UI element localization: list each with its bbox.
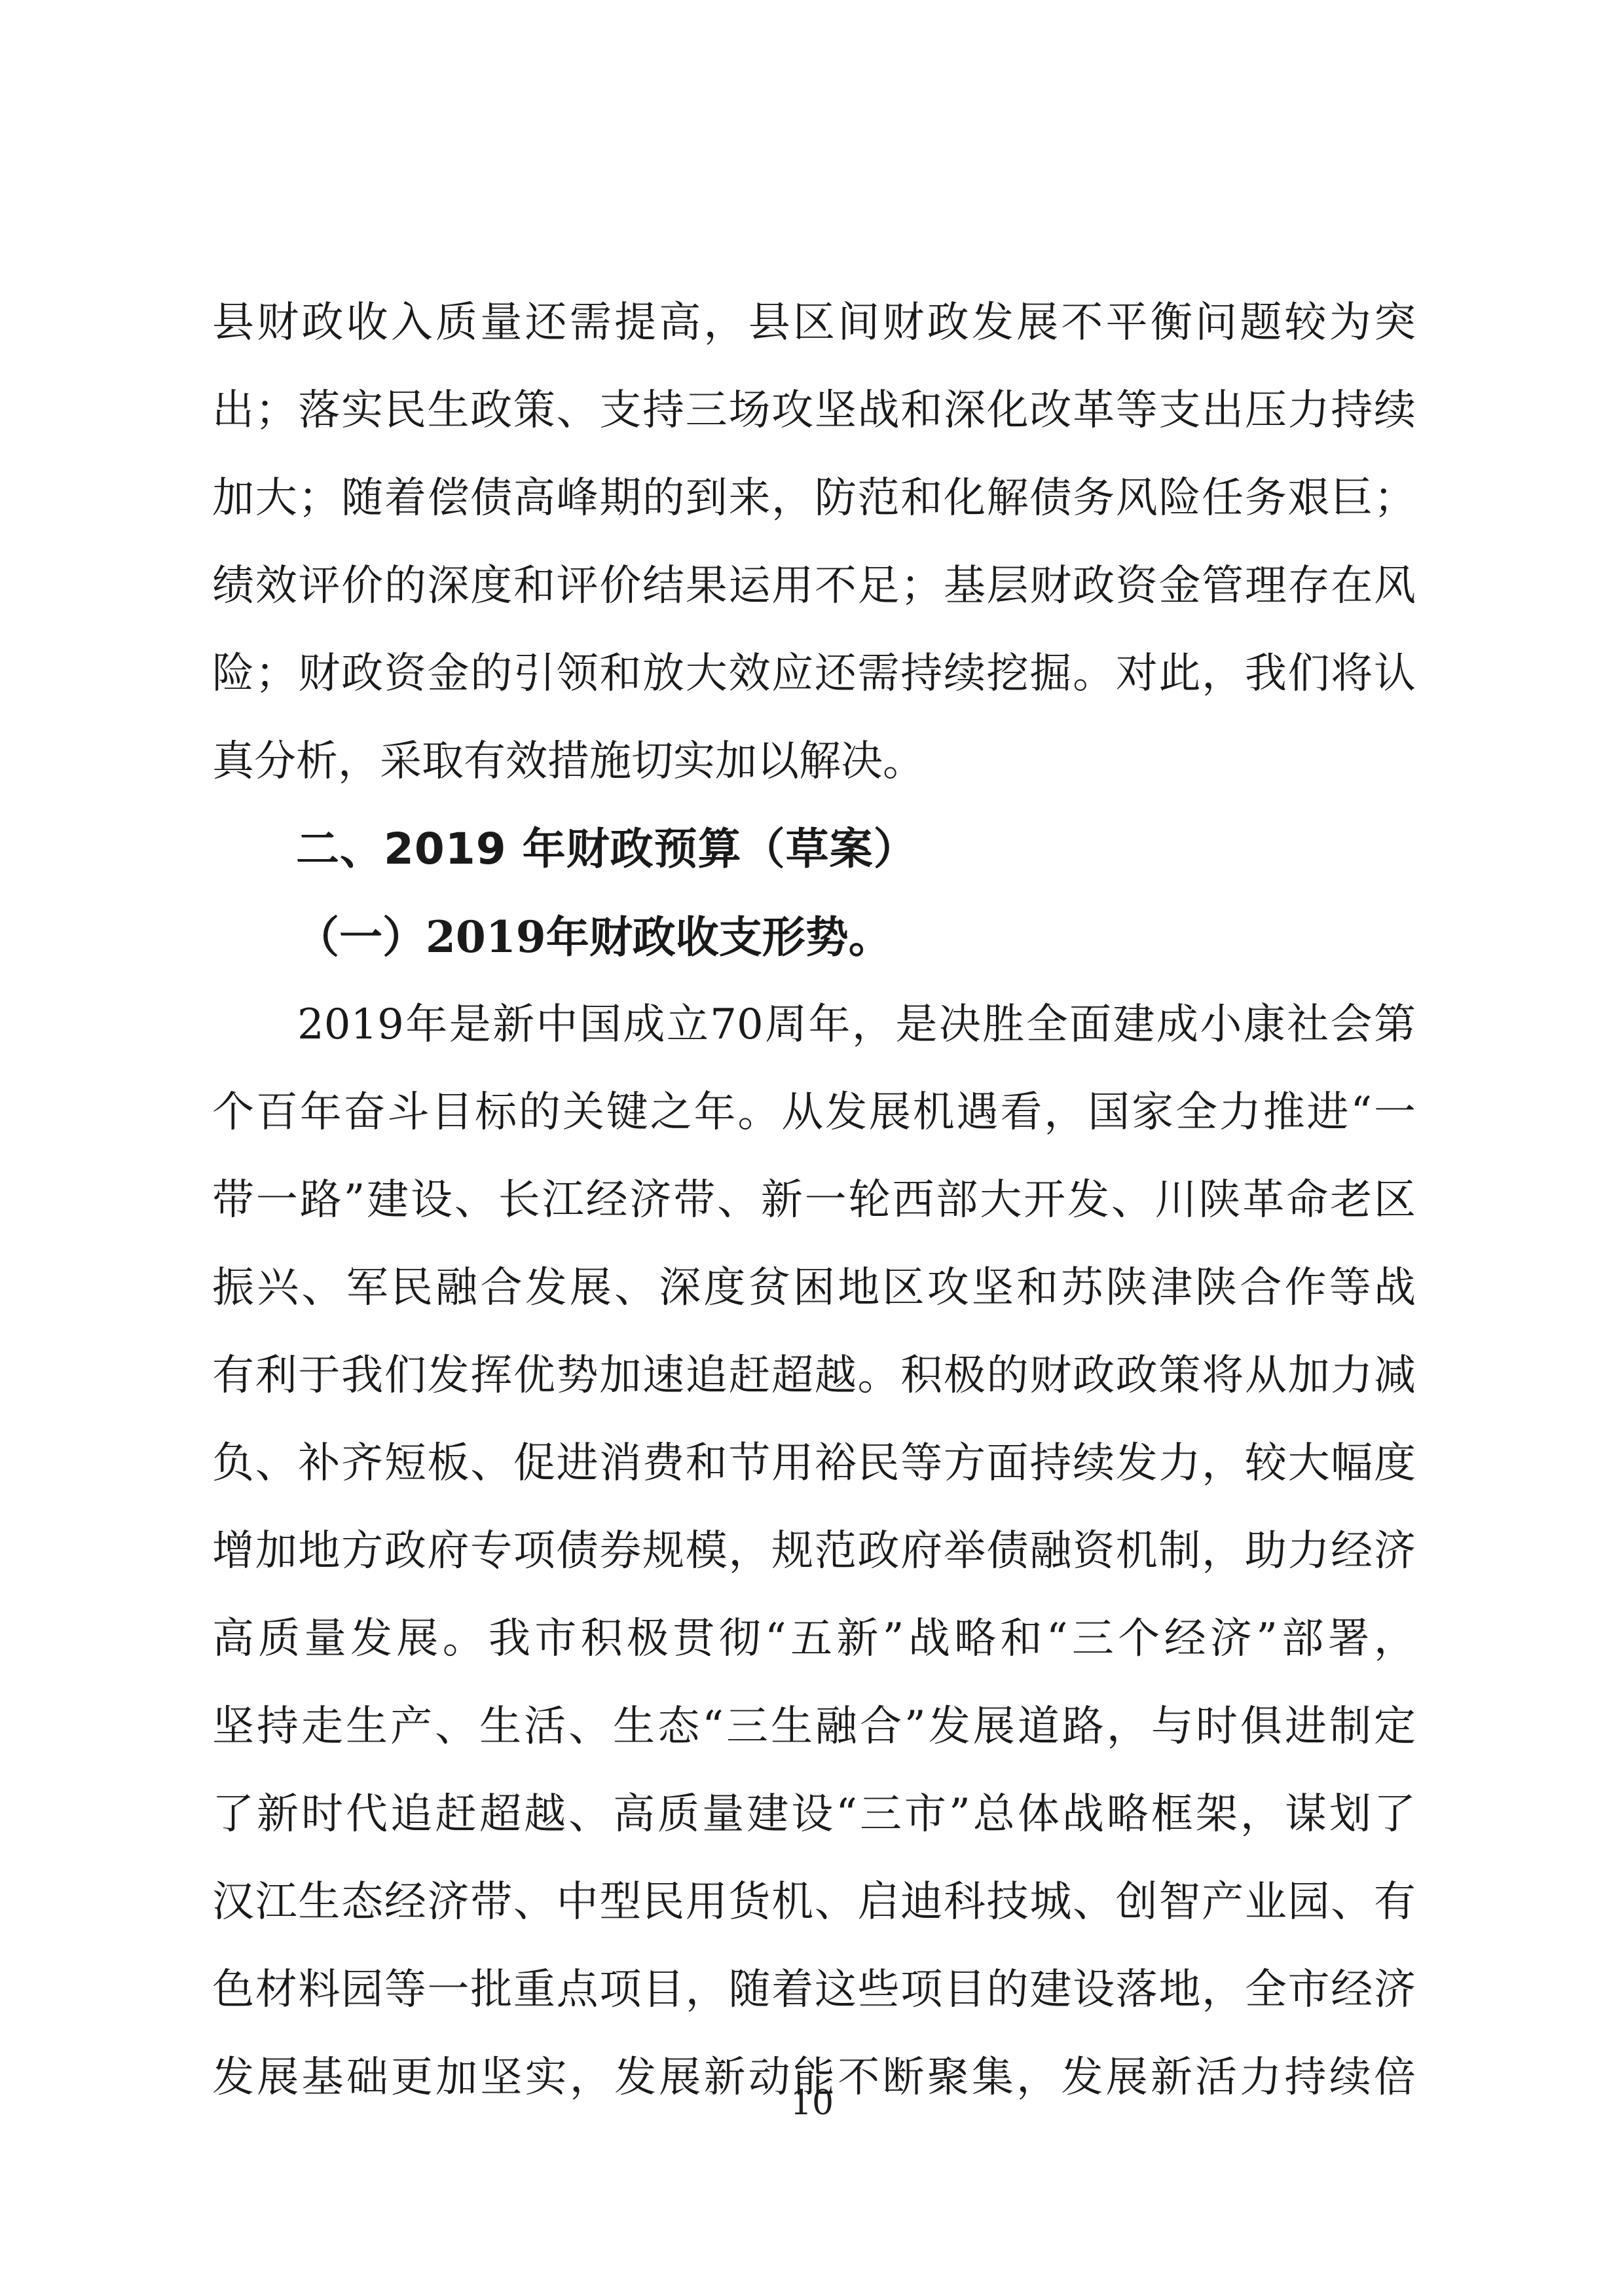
text-line: 高质量发展。我市积极贯彻“五新”战略和“三个经济”部署， — [212, 1595, 1416, 1683]
text-block: 县财政收入质量还需提高，县区间财政发展不平衡问题较为突出；落实民生政策、支持三场… — [212, 279, 1416, 2121]
text-line: 坚持走生产、生活、生态“三生融合”发展道路，与时俱进制定 — [212, 1683, 1416, 1771]
paragraph-continuation: 县财政收入质量还需提高，县区间财政发展不平衡问题较为突出；落实民生政策、支持三场… — [212, 279, 1416, 805]
text-line: 真分析，采取有效措施切实加以解决。 — [212, 718, 1416, 805]
text-line: 带一路”建设、长江经济带、新一轮西部大开发、川陕革命老区 — [212, 1156, 1416, 1244]
paragraph-2019-outlook: 2019年是新中国成立70周年，是决胜全面建成小康社会第一个百年奋斗目标的关键之… — [212, 981, 1416, 2121]
section-heading-budget-draft: 二、2019 年财政预算（草案） — [212, 805, 1416, 893]
text-line: 出；落实民生政策、支持三场攻坚战和深化改革等支出压力持续 — [212, 367, 1416, 454]
text-line: 振兴、军民融合发展、深度贫困地区攻坚和苏陕津陕合作等战略， — [212, 1244, 1416, 1332]
subsection-heading-fiscal-situation: （一）2019年财政收支形势。 — [212, 893, 1416, 981]
text-line: 增加地方政府专项债券规模，规范政府举债融资机制，助力经济 — [212, 1507, 1416, 1595]
text-line: 有利于我们发挥优势加速追赶超越。积极的财政政策将从加力减 — [212, 1332, 1416, 1420]
text-line: 加大；随着偿债高峰期的到来，防范和化解债务风险任务艰巨； — [212, 454, 1416, 542]
text-line: 汉江生态经济带、中型民用货机、启迪科技城、创智产业园、有 — [212, 1858, 1416, 1946]
text-line: 险；财政资金的引领和放大效应还需持续挖掘。对此，我们将认 — [212, 630, 1416, 718]
text-line: 负、补齐短板、促进消费和节用裕民等方面持续发力，较大幅度 — [212, 1420, 1416, 1507]
text-line: 县财政收入质量还需提高，县区间财政发展不平衡问题较为突 — [212, 279, 1416, 367]
text-line: 了新时代追赶超越、高质量建设“三市”总体战略框架，谋划了 — [212, 1771, 1416, 1858]
page-number: 10 — [0, 2077, 1624, 2129]
text-line: 色材料园等一批重点项目，随着这些项目的建设落地，全市经济 — [212, 1946, 1416, 2034]
text-line: 个百年奋斗目标的关键之年。从发展机遇看，国家全力推进“一 — [212, 1069, 1416, 1156]
document-page: { "page": { "background_color": "#ffffff… — [0, 0, 1624, 2295]
text-line: 2019年是新中国成立70周年，是决胜全面建成小康社会第一 — [212, 981, 1416, 1069]
text-line: 绩效评价的深度和评价结果运用不足；基层财政资金管理存在风 — [212, 542, 1416, 630]
